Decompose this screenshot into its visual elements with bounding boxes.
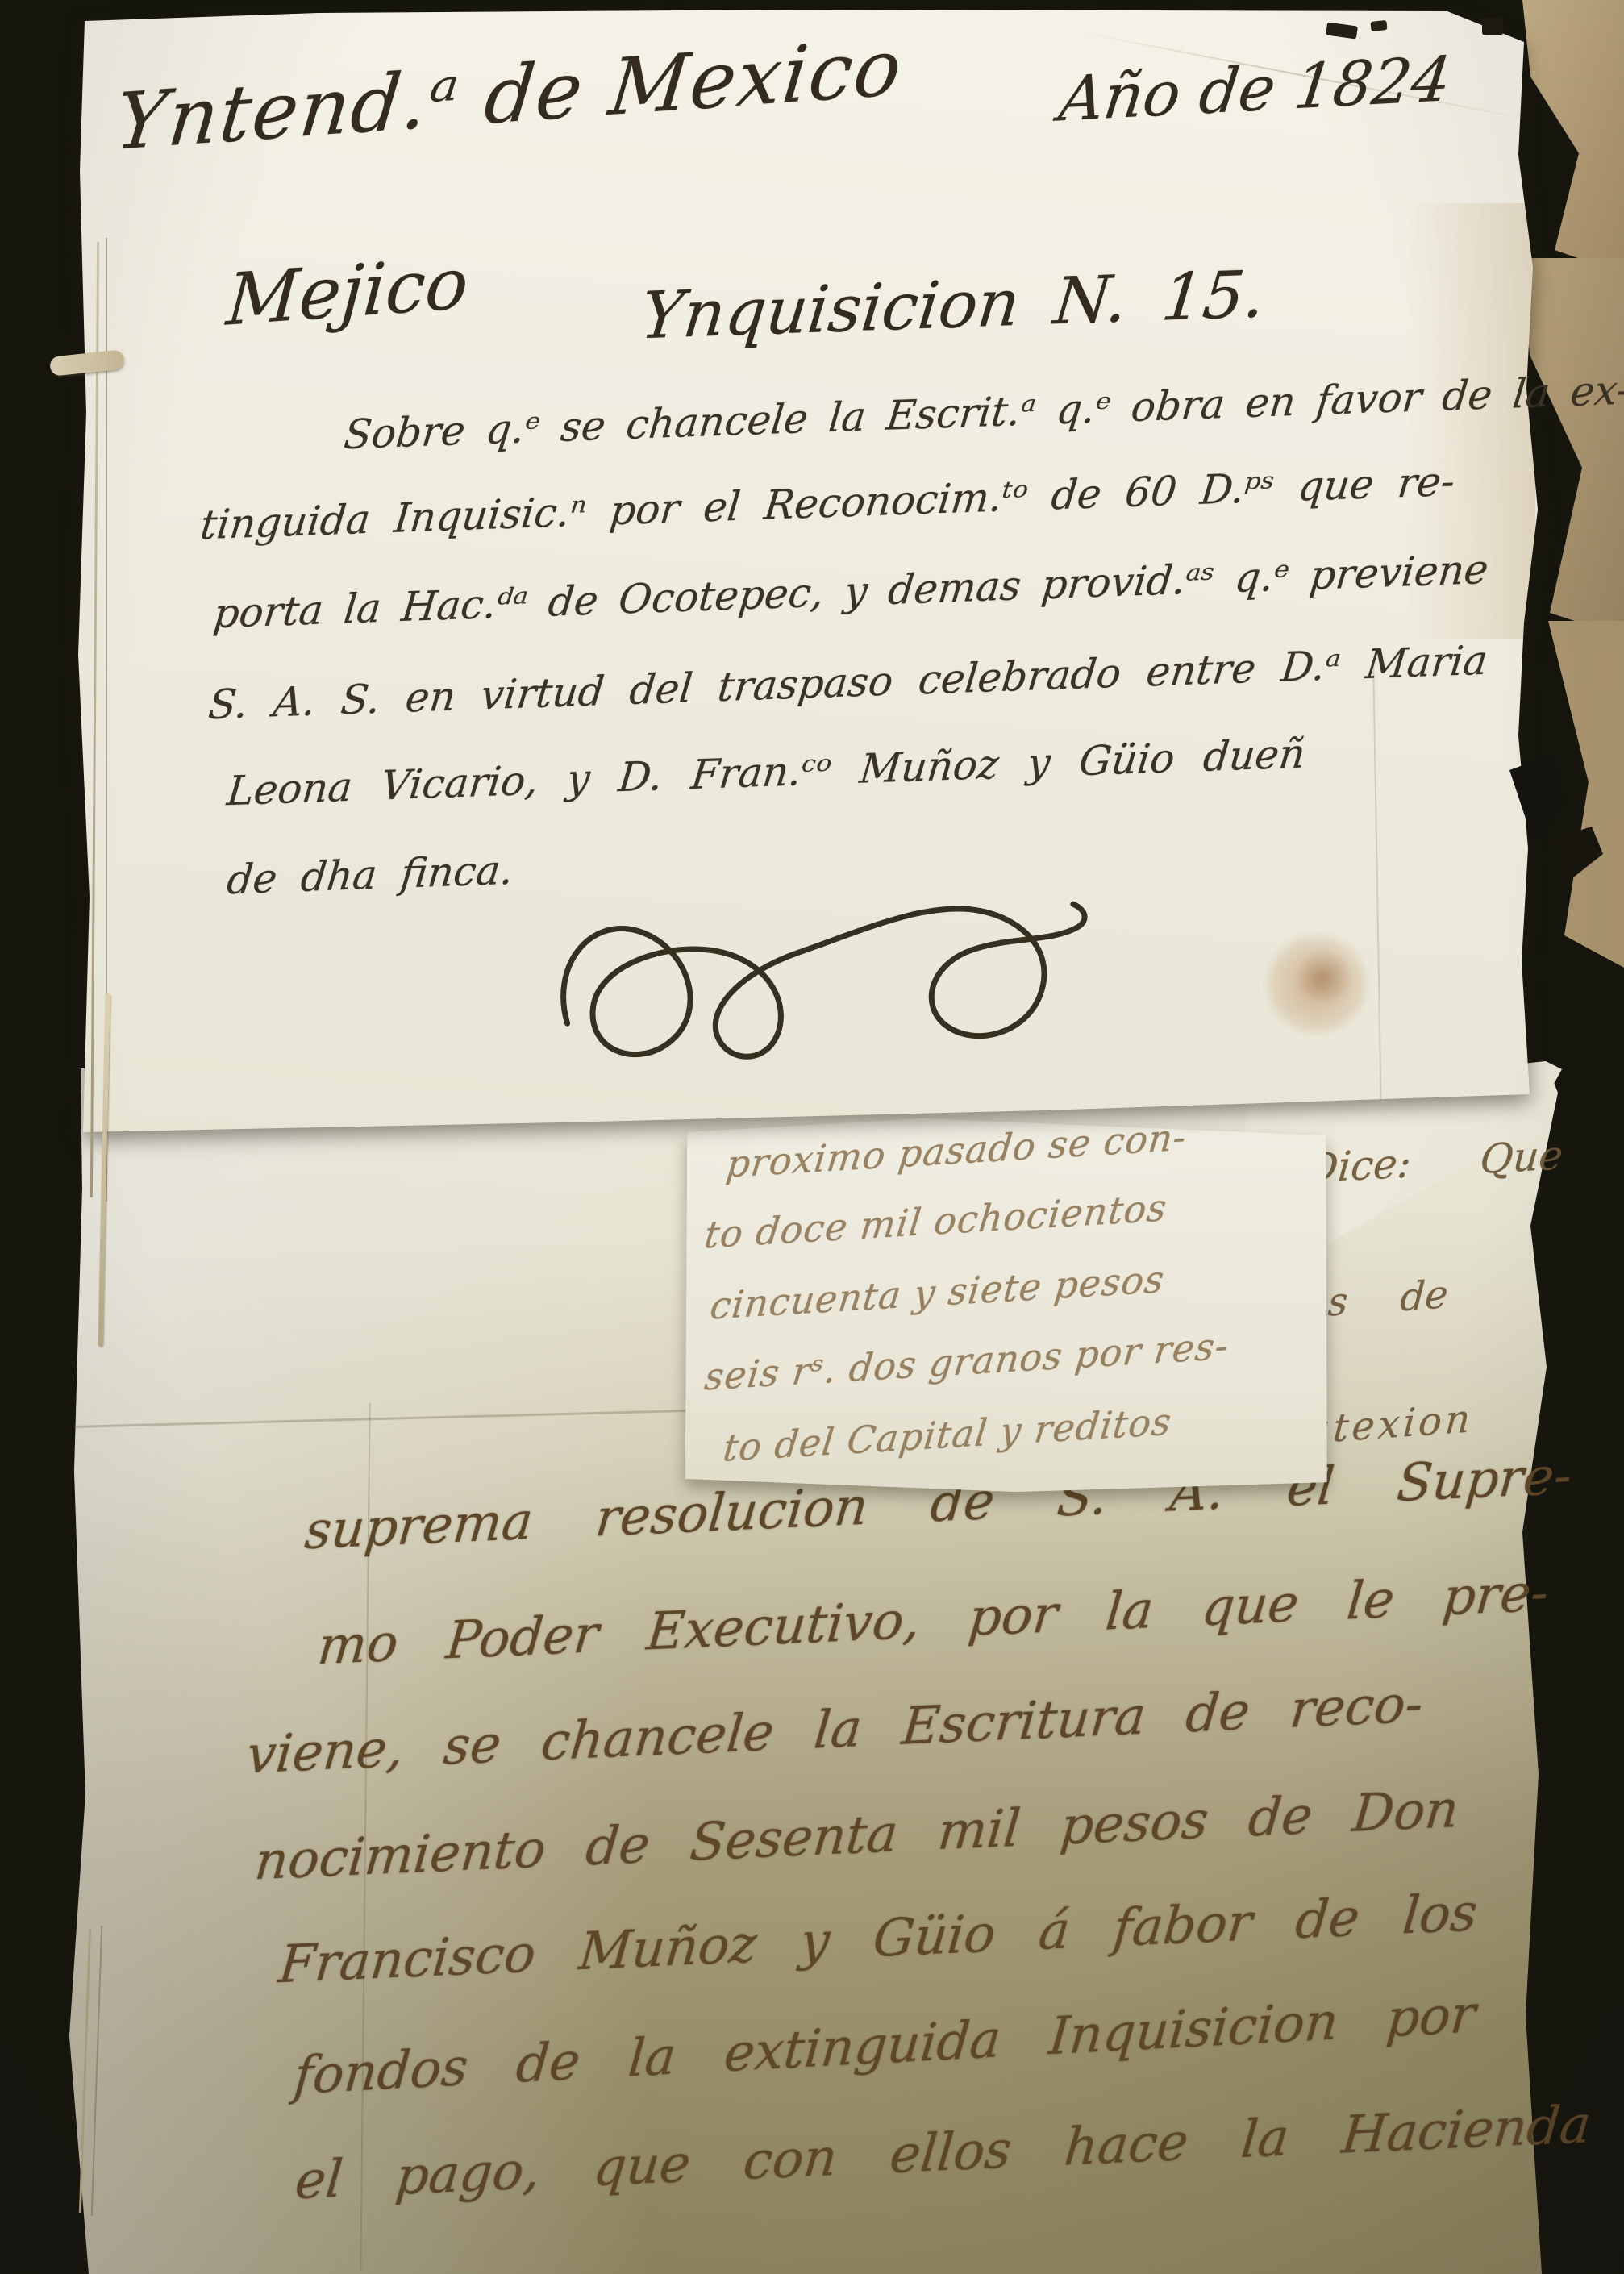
rust-stain: [1240, 910, 1393, 1059]
dirt-speck: [1482, 18, 1503, 35]
paper-slip: proximo pasado se con- to doce mil ochoc…: [677, 1111, 1336, 1503]
slip-line: seis rˢ. dos granos por res-: [702, 1324, 1231, 1399]
city-label: Mejico: [224, 241, 471, 342]
slip-line: to del Capital y reditos: [721, 1399, 1174, 1469]
slip-line: to doce mil ochocientos: [702, 1185, 1169, 1257]
flourish-rubric: [538, 852, 1110, 1113]
slip-line: cincuenta y siete pesos: [708, 1257, 1167, 1328]
document-scan-canvas: suprema resolucion de S. A. el Supre- mo…: [0, 0, 1624, 2274]
dirt-speck: [1370, 20, 1387, 31]
